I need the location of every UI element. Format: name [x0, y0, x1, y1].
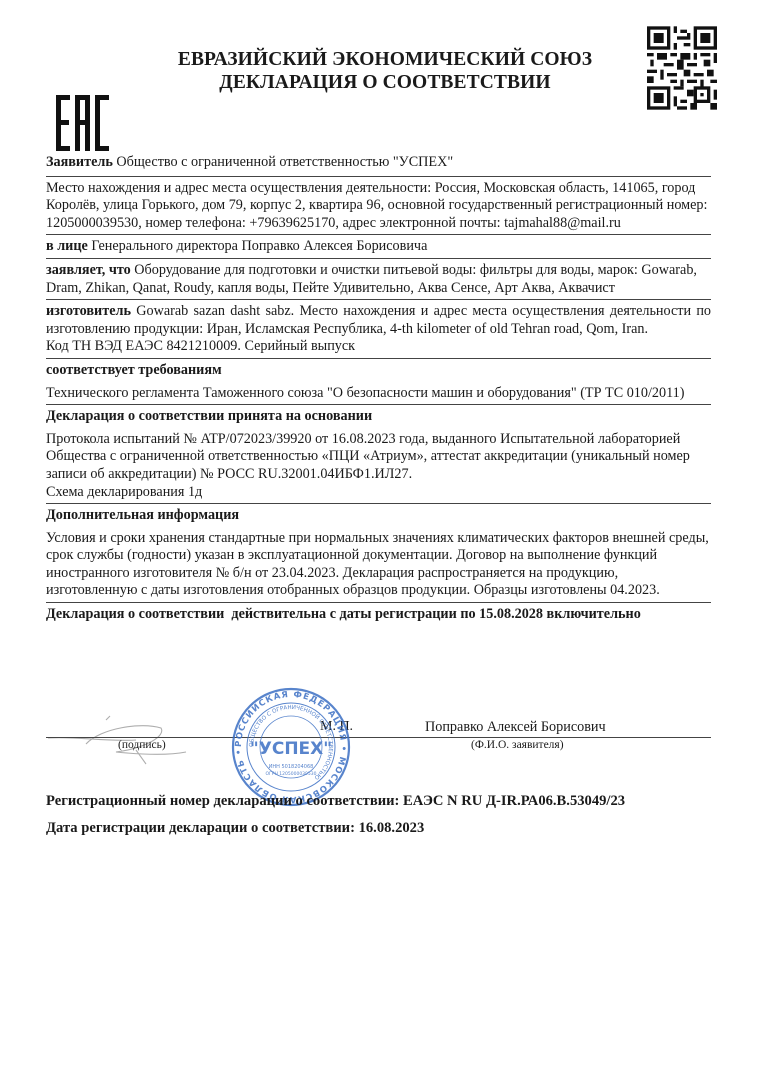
name-caption: (Ф.И.О. заявителя) [471, 739, 564, 751]
declaration-body: Заявитель Общество с ограниченной ответс… [46, 154, 711, 626]
signature-scribble [46, 708, 196, 768]
registration-date: Дата регистрации декларации о соответств… [46, 820, 424, 837]
eac-mark-icon [56, 95, 110, 151]
hs-code: Код ТН ВЭД ЕАЭС 8421210009. Серийный вып… [46, 338, 711, 356]
declares-value: Оборудование для подготовки и очистки пи… [46, 262, 697, 296]
represented-row: в лице Генерального директора Поправко А… [46, 235, 711, 259]
address-row: Место нахождения и адрес места осуществл… [46, 177, 711, 236]
validity-row: Декларация о соответствии действительна … [46, 603, 711, 626]
address-text: Место нахождения и адрес места осуществл… [46, 180, 707, 231]
union-title: ЕВРАЗИЙСКИЙ ЭКОНОМИЧЕСКИЙ СОЮЗ [120, 48, 650, 71]
declares-row: заявляет, что Оборудование для подготовк… [46, 259, 711, 300]
applicant-name: Поправко Алексей Борисович [425, 719, 606, 736]
manufacturer-row: изготовитель Gowarab sazan dasht sabz. М… [46, 300, 711, 359]
basis-label: Декларация о соответствии принята на осн… [46, 408, 372, 424]
svg-text:ИНН 5018204068: ИНН 5018204068 [269, 764, 314, 770]
svg-text:"УСПЕХ": "УСПЕХ" [250, 739, 332, 759]
applicant-row: Заявитель Общество с ограниченной ответс… [46, 154, 711, 177]
applicant-label: Заявитель [46, 154, 113, 170]
signature-line [46, 737, 711, 738]
svg-text:ОГРН 1205000039530: ОГРН 1205000039530 [265, 771, 316, 777]
conforms-label-row: соответствует требованиям [46, 359, 711, 382]
declares-label: заявляет, что [46, 262, 131, 278]
declaration-scheme: Схема декларирования 1д [46, 484, 711, 502]
registration-number: Регистрационный номер декларации о соотв… [46, 793, 625, 810]
additional-row: Условия и сроки хранения стандартные при… [46, 527, 711, 603]
additional-value: Условия и сроки хранения стандартные при… [46, 530, 709, 599]
signature-caption: (подпись) [118, 739, 166, 751]
declaration-title: ДЕКЛАРАЦИЯ О СООТВЕТСТВИИ [120, 71, 650, 94]
signature-area: М. П. Поправко Алексей Борисович (подпис… [46, 700, 711, 780]
conforms-row: Технического регламента Таможенного союз… [46, 382, 711, 406]
represented-label: в лице [46, 238, 88, 254]
validity-text: Декларация о соответствии действительна … [46, 606, 641, 622]
applicant-value: Общество с ограниченной ответственностью… [116, 154, 453, 170]
additional-label: Дополнительная информация [46, 507, 239, 523]
qr-code-icon [647, 26, 717, 110]
manufacturer-label: изготовитель [46, 303, 131, 319]
declaration-page: ЕВРАЗИЙСКИЙ ЭКОНОМИЧЕСКИЙ СОЮЗ ДЕКЛАРАЦИ… [0, 0, 768, 1086]
basis-row: Протокола испытаний № ATP/072023/39920 о… [46, 428, 711, 504]
represented-value: Генерального директора Поправко Алексея … [91, 238, 427, 254]
company-stamp-icon: РОССИЙСКАЯ ФЕДЕРАЦИЯ • МОСКОВСКАЯ ОБЛАСТ… [230, 686, 352, 808]
conforms-value: Технического регламента Таможенного союз… [46, 385, 685, 401]
conforms-label: соответствует требованиям [46, 362, 222, 378]
basis-value: Протокола испытаний № ATP/072023/39920 о… [46, 431, 711, 484]
additional-label-row: Дополнительная информация [46, 504, 711, 527]
manufacturer-value: Gowarab sazan dasht sabz. Место нахожден… [46, 303, 711, 337]
basis-label-row: Декларация о соответствии принята на осн… [46, 405, 711, 428]
